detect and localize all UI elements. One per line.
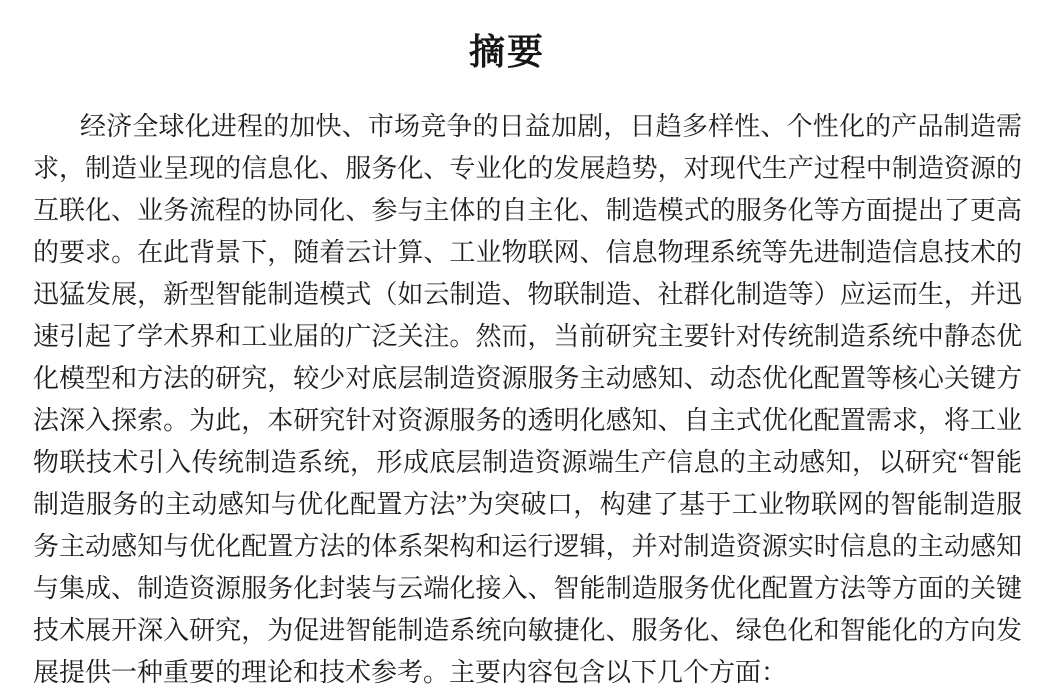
text-line: 法深入探索。为此，本研究针对资源服务的透明化感知、自主式优化配置需求，将工业	[33, 400, 1022, 442]
abstract-paragraph: 经济全球化进程的加快、市场竞争的日益加剧，日趋多样性、个性化的产品制造需求，制造…	[33, 106, 1022, 694]
text-line: 互联化、业务流程的协同化、参与主体的自主化、制造模式的服务化等方面提出了更高	[33, 190, 1022, 232]
text-line: 务主动感知与优化配置方法的体系架构和运行逻辑，并对制造资源实时信息的主动感知	[33, 526, 1022, 568]
text-line: 与集成、制造资源服务化封装与云端化接入、智能制造服务优化配置方法等方面的关键	[33, 568, 1022, 610]
text-line: 物联技术引入传统制造系统，形成底层制造资源端生产信息的主动感知，以研究“智能	[33, 442, 1022, 484]
text-line: 展提供一种重要的理论和技术参考。主要内容包含以下几个方面：	[33, 652, 1022, 694]
text-line: 迅猛发展，新型智能制造模式（如云制造、物联制造、社群化制造等）应运而生，并迅	[33, 274, 1022, 316]
text-line: 技术展开深入研究，为促进智能制造系统向敏捷化、服务化、绿色化和智能化的方向发	[33, 610, 1022, 652]
text-line: 求，制造业呈现的信息化、服务化、专业化的发展趋势，对现代生产过程中制造资源的	[33, 148, 1022, 190]
text-line: 速引起了学术界和工业届的广泛关注。然而，当前研究主要针对传统制造系统中静态优	[33, 316, 1022, 358]
document-page: 摘要 经济全球化进程的加快、市场竞争的日益加剧，日趋多样性、个性化的产品制造需求…	[0, 0, 1054, 700]
text-line: 制造服务的主动感知与优化配置方法”为突破口，构建了基于工业物联网的智能制造服	[33, 484, 1022, 526]
abstract-title: 摘要	[0, 34, 1034, 70]
text-line: 经济全球化进程的加快、市场竞争的日益加剧，日趋多样性、个性化的产品制造需	[33, 106, 1022, 148]
text-line: 化模型和方法的研究，较少对底层制造资源服务主动感知、动态优化配置等核心关键方	[33, 358, 1022, 400]
text-line: 的要求。在此背景下，随着云计算、工业物联网、信息物理系统等先进制造信息技术的	[33, 232, 1022, 274]
